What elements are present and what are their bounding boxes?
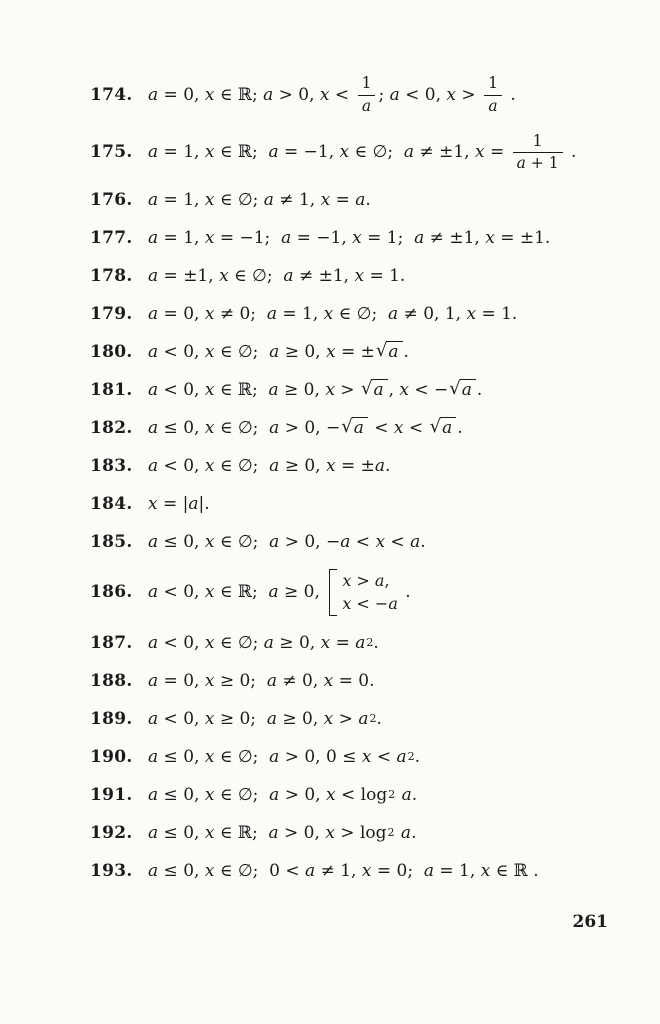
- answer-row: 192.a ≤ 0, x ∈ ℝ; a > 0, x > log2 a.: [90, 820, 620, 846]
- subscript: 2: [388, 827, 395, 838]
- math-text: ; a < 0, x >: [378, 85, 481, 105]
- answer-number: 188.: [90, 671, 148, 691]
- answer-row: 175.a = 1, x ∈ ℝ; a = −1, x ∈ ∅; a ≠ ±1,…: [90, 130, 620, 176]
- math-text: x = |a|.: [148, 494, 210, 514]
- math-text: a < 0, x ∈ ℝ; a ≥ 0, x >: [148, 380, 360, 400]
- math-text: .: [457, 418, 462, 438]
- answer-formula: a ≤ 0, x ∈ ∅; a > 0, −√a < x < √a.: [148, 417, 463, 439]
- answer-number: 174.: [90, 85, 148, 105]
- answer-number: 175.: [90, 142, 148, 162]
- math-text: , x < −: [389, 380, 449, 400]
- answer-formula: a < 0, x ∈ ℝ; a ≥ 0, x > √a, x < −√a.: [148, 379, 482, 401]
- answer-row: 185.a ≤ 0, x ∈ ∅; a > 0, −a < x < a.: [90, 529, 620, 555]
- math-text: .: [477, 380, 482, 400]
- square-root: √a: [449, 379, 476, 401]
- math-text: a < 0, x ∈ ∅; a ≥ 0, x = ±: [148, 342, 375, 362]
- math-text: a = 1, x ∈ ∅; a ≠ 1, x = a.: [148, 190, 371, 210]
- answer-row: 186.a < 0, x ∈ ℝ; a ≥ 0, x > a,x < −a .: [90, 567, 620, 617]
- answers-list: 174.a = 0, x ∈ ℝ; a > 0, x < 1a; a < 0, …: [90, 72, 620, 884]
- cases-row: x < −a: [342, 592, 398, 615]
- math-text: a < 0, x ∈ ∅; a ≥ 0, x = ±a.: [148, 456, 390, 476]
- answer-number: 176.: [90, 190, 148, 210]
- answer-formula: a < 0, x ∈ ∅; a ≥ 0, x = ±√a.: [148, 341, 409, 363]
- answer-formula: a = 0, x ∈ ℝ; a > 0, x < 1a; a < 0, x > …: [148, 72, 516, 118]
- answer-number: 178.: [90, 266, 148, 286]
- answer-row: 174.a = 0, x ∈ ℝ; a > 0, x < 1a; a < 0, …: [90, 72, 620, 118]
- answer-formula: a < 0, x ∈ ℝ; a ≥ 0, x > a,x < −a .: [148, 567, 411, 617]
- answer-number: 187.: [90, 633, 148, 653]
- answer-formula: a < 0, x ≥ 0; a ≥ 0, x > a2.: [148, 709, 382, 729]
- answer-row: 189.a < 0, x ≥ 0; a ≥ 0, x > a2.: [90, 706, 620, 732]
- math-text: a < 0, x ∈ ℝ; a ≥ 0,: [148, 582, 325, 602]
- math-text: a < 0, x ≥ 0; a ≥ 0, x > a: [148, 709, 368, 729]
- superscript: 2: [366, 637, 373, 648]
- fraction: 1a: [484, 74, 502, 116]
- answer-formula: a = 0, x ≠ 0; a = 1, x ∈ ∅; a ≠ 0, 1, x …: [148, 304, 517, 324]
- math-text: a < 0, x ∈ ∅; a ≥ 0, x = a: [148, 633, 365, 653]
- answer-row: 187.a < 0, x ∈ ∅; a ≥ 0, x = a2.: [90, 630, 620, 656]
- answer-number: 192.: [90, 823, 148, 843]
- answer-number: 190.: [90, 747, 148, 767]
- math-text: a ≤ 0, x ∈ ∅; a > 0, 0 ≤ x < a: [148, 747, 407, 767]
- math-text: a.: [396, 785, 417, 805]
- answer-row: 188.a = 0, x ≥ 0; a ≠ 0, x = 0.: [90, 668, 620, 694]
- answer-formula: a = ±1, x ∈ ∅; a ≠ ±1, x = 1.: [148, 266, 405, 286]
- answer-row: 183.a < 0, x ∈ ∅; a ≥ 0, x = ±a.: [90, 453, 620, 479]
- page-number: 261: [573, 912, 609, 932]
- cases-row: x > a,: [342, 569, 398, 592]
- fraction: 1a + 1: [513, 132, 563, 174]
- answer-number: 184.: [90, 494, 148, 514]
- answer-formula: a = 0, x ≥ 0; a ≠ 0, x = 0.: [148, 671, 375, 691]
- cases-bracket-group: x > a,x < −a: [329, 569, 398, 615]
- fraction: 1a: [358, 74, 376, 116]
- answer-number: 181.: [90, 380, 148, 400]
- math-text: .: [415, 747, 420, 767]
- math-text: a ≤ 0, x ∈ ∅; a > 0, x < log: [148, 785, 387, 805]
- math-text: a = 0, x ≠ 0; a = 1, x ∈ ∅; a ≠ 0, 1, x …: [148, 304, 517, 324]
- answer-formula: x = |a|.: [148, 494, 210, 514]
- answer-number: 191.: [90, 785, 148, 805]
- math-text: .: [373, 633, 378, 653]
- math-text: a ≤ 0, x ∈ ∅; a > 0, −a < x < a.: [148, 532, 426, 552]
- answer-number: 189.: [90, 709, 148, 729]
- answer-number: 183.: [90, 456, 148, 476]
- superscript: 2: [408, 751, 415, 762]
- math-text: a = 0, x ≥ 0; a ≠ 0, x = 0.: [148, 671, 375, 691]
- math-text: < x <: [369, 418, 429, 438]
- subscript: 2: [388, 789, 395, 800]
- answer-formula: a = 1, x ∈ ∅; a ≠ 1, x = a.: [148, 190, 371, 210]
- square-root: √a: [376, 341, 403, 363]
- math-text: a.: [396, 823, 417, 843]
- answer-row: 184.x = |a|.: [90, 491, 620, 517]
- math-text: a ≤ 0, x ∈ ℝ; a > 0, x > log: [148, 823, 387, 843]
- math-text: a = ±1, x ∈ ∅; a ≠ ±1, x = 1.: [148, 266, 405, 286]
- answer-formula: a ≤ 0, x ∈ ∅; 0 < a ≠ 1, x = 0; a = 1, x…: [148, 861, 539, 881]
- answer-row: 191.a ≤ 0, x ∈ ∅; a > 0, x < log2 a.: [90, 782, 620, 808]
- math-text: a = 1, x ∈ ℝ; a = −1, x ∈ ∅; a ≠ ±1, x =: [148, 142, 510, 162]
- answer-row: 182.a ≤ 0, x ∈ ∅; a > 0, −√a < x < √a.: [90, 415, 620, 441]
- answer-number: 179.: [90, 304, 148, 324]
- answer-number: 186.: [90, 582, 148, 602]
- answer-formula: a ≤ 0, x ∈ ∅; a > 0, 0 ≤ x < a2.: [148, 747, 420, 767]
- book-page: 174.a = 0, x ∈ ℝ; a > 0, x < 1a; a < 0, …: [0, 0, 660, 1024]
- answer-formula: a ≤ 0, x ∈ ∅; a > 0, −a < x < a.: [148, 532, 426, 552]
- math-text: a = 1, x = −1; a = −1, x = 1; a ≠ ±1, x …: [148, 228, 550, 248]
- answer-row: 181.a < 0, x ∈ ℝ; a ≥ 0, x > √a, x < −√a…: [90, 377, 620, 403]
- answer-formula: a ≤ 0, x ∈ ∅; a > 0, x < log2 a.: [148, 785, 417, 805]
- answer-row: 180.a < 0, x ∈ ∅; a ≥ 0, x = ±√a.: [90, 339, 620, 365]
- square-root: √a: [341, 417, 368, 439]
- answer-row: 176.a = 1, x ∈ ∅; a ≠ 1, x = a.: [90, 187, 620, 213]
- answer-number: 193.: [90, 861, 148, 881]
- answer-number: 182.: [90, 418, 148, 438]
- answer-formula: a < 0, x ∈ ∅; a ≥ 0, x = a2.: [148, 633, 379, 653]
- answer-row: 179.a = 0, x ≠ 0; a = 1, x ∈ ∅; a ≠ 0, 1…: [90, 301, 620, 327]
- left-square-bracket: [329, 569, 337, 615]
- answer-number: 177.: [90, 228, 148, 248]
- answer-number: 185.: [90, 532, 148, 552]
- answer-number: 180.: [90, 342, 148, 362]
- superscript: 2: [369, 713, 376, 724]
- math-text: .: [376, 709, 381, 729]
- answer-formula: a ≤ 0, x ∈ ℝ; a > 0, x > log2 a.: [148, 823, 416, 843]
- answer-row: 178.a = ±1, x ∈ ∅; a ≠ ±1, x = 1.: [90, 263, 620, 289]
- square-root: √a: [430, 417, 457, 439]
- answer-formula: a < 0, x ∈ ∅; a ≥ 0, x = ±a.: [148, 456, 390, 476]
- math-text: a = 0, x ∈ ℝ; a > 0, x <: [148, 85, 355, 105]
- math-text: .: [404, 342, 409, 362]
- answer-row: 177.a = 1, x = −1; a = −1, x = 1; a ≠ ±1…: [90, 225, 620, 251]
- answer-formula: a = 1, x = −1; a = −1, x = 1; a ≠ ±1, x …: [148, 228, 550, 248]
- answer-row: 193.a ≤ 0, x ∈ ∅; 0 < a ≠ 1, x = 0; a = …: [90, 858, 620, 884]
- square-root: √a: [361, 379, 388, 401]
- math-text: a ≤ 0, x ∈ ∅; 0 < a ≠ 1, x = 0; a = 1, x…: [148, 861, 539, 881]
- math-text: a ≤ 0, x ∈ ∅; a > 0, −: [148, 418, 340, 438]
- math-text: .: [566, 142, 577, 162]
- answer-formula: a = 1, x ∈ ℝ; a = −1, x ∈ ∅; a ≠ ±1, x =…: [148, 130, 576, 176]
- math-text: .: [400, 582, 411, 602]
- answer-row: 190.a ≤ 0, x ∈ ∅; a > 0, 0 ≤ x < a2.: [90, 744, 620, 770]
- math-text: .: [505, 85, 516, 105]
